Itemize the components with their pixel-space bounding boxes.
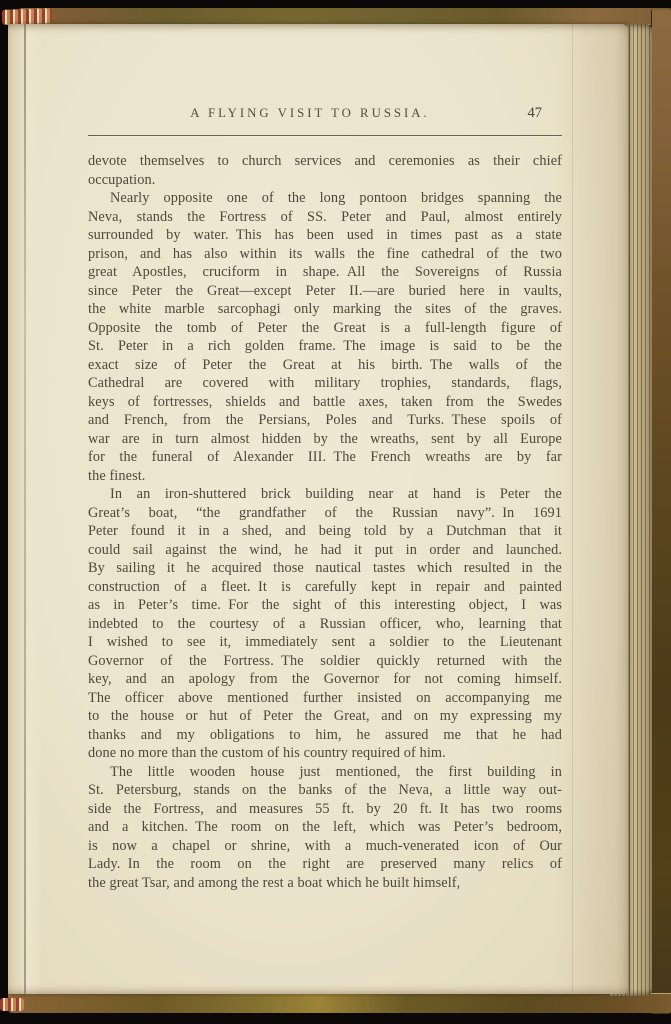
text-line: side the Fortress, and measures 55 ft. b… bbox=[88, 800, 562, 819]
paragraph: The little wooden house just mentioned, … bbox=[88, 763, 562, 893]
book-cover-bottom-edge bbox=[8, 993, 671, 1013]
text-line: thanks and my obligations to him, he ass… bbox=[88, 726, 562, 745]
text-line: Peter found it in a shed, and being told… bbox=[88, 522, 562, 541]
text-line: to the house or hut of Peter the Great, … bbox=[88, 707, 562, 726]
text-block: devote themselves to church services and… bbox=[88, 152, 562, 892]
text-line: St. Petersburg, stands on the banks of t… bbox=[88, 781, 562, 800]
text-line: Governor of the Fortress. The soldier qu… bbox=[88, 652, 562, 671]
page-number: 47 bbox=[528, 105, 543, 122]
book-page: A FLYING VISIT TO RUSSIA. 47 devote them… bbox=[8, 24, 628, 994]
text-line: great Apostles, cruciform in shape. All … bbox=[88, 263, 562, 282]
text-line: St. Peter in a rich golden frame. The im… bbox=[88, 337, 562, 356]
text-line: the white marble sarcophagi only marking… bbox=[88, 300, 562, 319]
text-line: The little wooden house just mentioned, … bbox=[88, 763, 562, 782]
header-rule bbox=[88, 135, 562, 136]
text-line: war are in turn almost hidden by the wre… bbox=[88, 430, 562, 449]
book-cover-top-edge bbox=[18, 8, 671, 25]
spine-headband-top bbox=[2, 8, 52, 25]
gutter-crease bbox=[24, 24, 26, 994]
running-title: A FLYING VISIT TO RUSSIA. bbox=[88, 106, 562, 121]
sheet-edge-line bbox=[572, 24, 573, 994]
text-line: devote themselves to church services and… bbox=[88, 152, 562, 171]
paragraph: devote themselves to church services and… bbox=[88, 152, 562, 189]
text-line: By sailing it he acquired those nautical… bbox=[88, 559, 562, 578]
text-line: as in Peter’s time. For the sight of thi… bbox=[88, 596, 562, 615]
text-line: Cathedral are covered with military trop… bbox=[88, 374, 562, 393]
text-line: done no more than the custom of his coun… bbox=[88, 744, 562, 763]
book-cover-right-board bbox=[651, 10, 671, 1014]
text-line: and a kitchen. The room on the left, whi… bbox=[88, 818, 562, 837]
text-line: for the funeral of Alexander III. The Fr… bbox=[88, 448, 562, 467]
text-line: Lady. In the room on the right are prese… bbox=[88, 855, 562, 874]
text-line: I wished to see it, immediately sent a s… bbox=[88, 633, 562, 652]
text-line: The officer above mentioned further insi… bbox=[88, 689, 562, 708]
paragraph: Nearly opposite one of the long pontoon … bbox=[88, 189, 562, 485]
text-line: exact size of Peter the Great at his bir… bbox=[88, 356, 562, 375]
text-line: key, and an apology from the Governor fo… bbox=[88, 670, 562, 689]
text-line: keys of fortresses, shields and battle a… bbox=[88, 393, 562, 412]
page-header: A FLYING VISIT TO RUSSIA. 47 bbox=[88, 106, 562, 124]
text-line: the finest. bbox=[88, 467, 562, 486]
text-line: Great’s boat, “the grandfather of the Ru… bbox=[88, 504, 562, 523]
text-line: prison, and has also within its walls th… bbox=[88, 245, 562, 264]
text-line: and French, from the Persians, Poles and… bbox=[88, 411, 562, 430]
text-line: Nearly opposite one of the long pontoon … bbox=[88, 189, 562, 208]
text-line: the great Tsar, and among the rest a boa… bbox=[88, 874, 562, 893]
text-line: could sail against the wind, he had it p… bbox=[88, 541, 562, 560]
text-line: In an iron-shuttered brick building near… bbox=[88, 485, 562, 504]
book-photo: A FLYING VISIT TO RUSSIA. 47 devote them… bbox=[0, 0, 671, 1024]
text-line: since Peter the Great—except Peter II.—a… bbox=[88, 282, 562, 301]
text-line: Opposite the tomb of Peter the Great is … bbox=[88, 319, 562, 338]
page-content: A FLYING VISIT TO RUSSIA. 47 devote them… bbox=[88, 24, 562, 892]
text-line: Neva, stands the Fortress of SS. Peter a… bbox=[88, 208, 562, 227]
text-line: indebted to the courtesy of a Russian of… bbox=[88, 615, 562, 634]
text-line: surrounded by water. This has been used … bbox=[88, 226, 562, 245]
text-line: occupation. bbox=[88, 171, 562, 190]
spine-headband-bottom bbox=[0, 998, 24, 1011]
paragraph: In an iron-shuttered brick building near… bbox=[88, 485, 562, 763]
text-line: construction of a fleet. It is carefully… bbox=[88, 578, 562, 597]
text-line: is now a chapel or shrine, with a much-v… bbox=[88, 837, 562, 856]
